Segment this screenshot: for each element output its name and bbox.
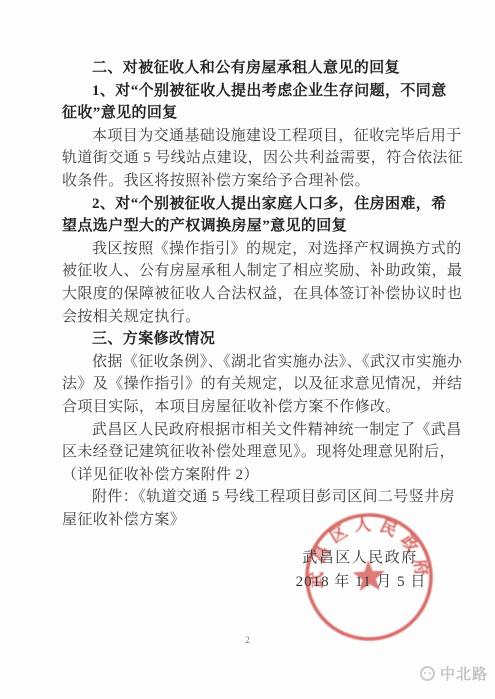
document-line: 征收”意见的回复 bbox=[62, 102, 442, 125]
document-line: 二、对被征收人和公有房屋承租人意见的回复 bbox=[62, 57, 442, 80]
document-line: 收条件。我区将按照补偿方案给予合理补偿。 bbox=[62, 170, 442, 193]
document-line: 轨道街交通 5 号线站点建设，因公共利益需要，符合依法征 bbox=[62, 147, 442, 170]
document-line: 我区按照《操作指引》的规定，对选择产权调换方式的 bbox=[62, 238, 442, 261]
watermark-label: 中北路 bbox=[440, 663, 488, 684]
document-line: 附件：《轨道交通 5 号线工程项目彭司区间二号竖井房 bbox=[62, 486, 442, 509]
document-line: 1、对“个别被征收人提出考虑企业生存问题，不同意 bbox=[62, 80, 442, 103]
watermark: 中北路 bbox=[420, 663, 488, 684]
document-page: 二、对被征收人和公有房屋承租人意见的回复1、对“个别被征收人提出考虑企业生存问题… bbox=[0, 0, 495, 699]
signature-authority: 武昌区人民政府 bbox=[286, 546, 434, 567]
document-line: 法》及《操作指引》的有关规定，以及征求意见情况，并结 bbox=[62, 373, 442, 396]
document-line: 武昌区人民政府根据市相关文件精神统一制定了《武昌 bbox=[62, 419, 442, 442]
document-line: 望点选户型大的产权调换房屋”意见的回复 bbox=[62, 215, 442, 238]
document-line: 被征收人、公有房屋承租人制定了相应奖励、补助政策，最 bbox=[62, 260, 442, 283]
document-line: 大限度的保障被征收人合法权益，在具体签订补偿协议时也 bbox=[62, 283, 442, 306]
watermark-logo-icon bbox=[420, 666, 435, 681]
document-line: （详见征收补偿方案附件 2） bbox=[62, 464, 442, 487]
document-line: 依据《征收条例》、《湖北省实施办法》、《武汉市实施办 bbox=[62, 351, 442, 374]
document-line: 本项目为交通基础设施建设工程项目，征收完毕后用于 bbox=[62, 125, 442, 148]
document-line: 合项目实际，本项目房屋征收补偿方案不作修改。 bbox=[62, 396, 442, 419]
document-line: 2、对“个别被征收人提出家庭人口多，住房困难，希 bbox=[62, 193, 442, 216]
signature-date: 2018 年 11 月 5 日 bbox=[280, 570, 442, 591]
document-line: 三、方案修改情况 bbox=[62, 328, 442, 351]
document-line: 区未经登记建筑征收补偿处理意见》。现将处理意见附后， bbox=[62, 441, 442, 464]
document-line: 会按相关规定执行。 bbox=[62, 306, 442, 329]
document-lines: 二、对被征收人和公有房屋承租人意见的回复1、对“个别被征收人提出考虑企业生存问题… bbox=[62, 57, 442, 531]
